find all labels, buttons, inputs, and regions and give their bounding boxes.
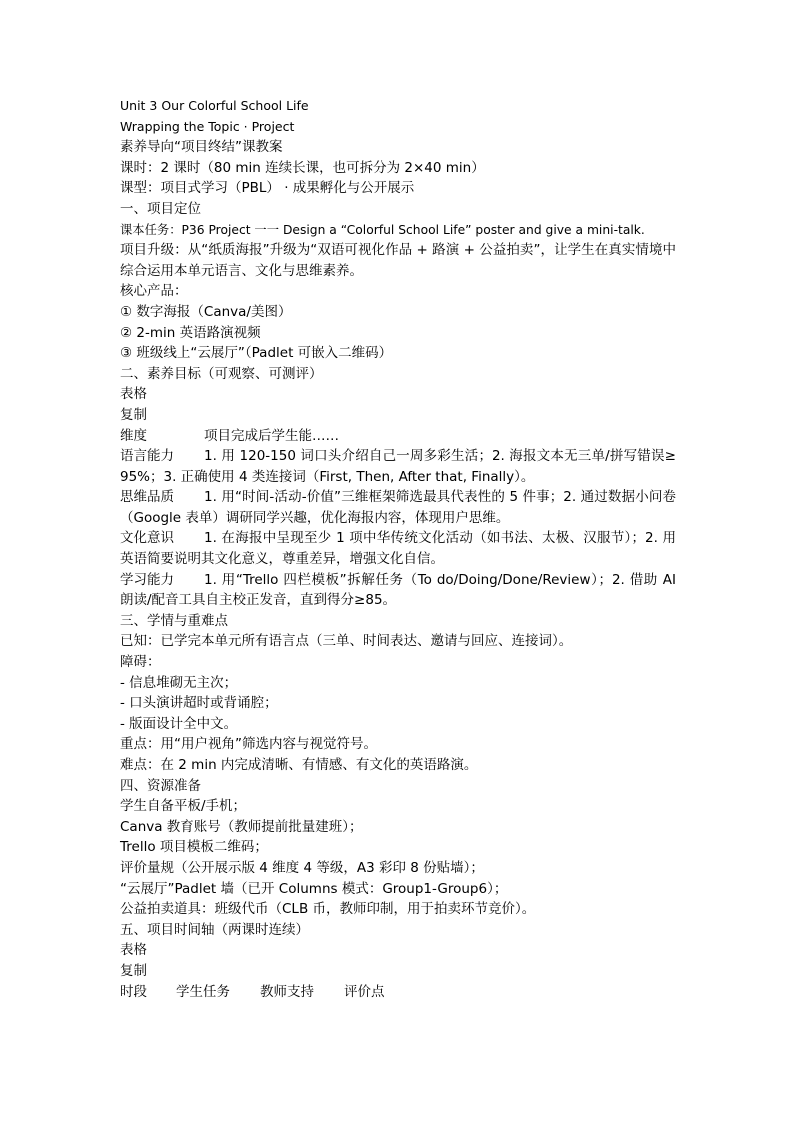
row-dimension: 学习能力 — [120, 570, 204, 591]
product-item: ③ 班级线上“云展厅”（Padlet 可嵌入二维码） — [120, 343, 676, 364]
header-period: 时段 — [120, 982, 176, 1003]
row-text: 1. 用“时间-活动-价值”三维框架筛选最具代表性的 5 件事；2. 通过数据小… — [120, 489, 676, 526]
obstacle-item: - 信息堆砌无主次； — [120, 673, 676, 694]
difficult-point: 难点：在 2 min 内完成清晰、有情感、有文化的英语路演。 — [120, 755, 676, 776]
header-outcome: 项目完成后学生能…… — [204, 428, 339, 444]
table-label: 表格 — [120, 940, 676, 961]
row-text: 1. 用 120-150 词口头介绍自己一周多彩生活；2. 海报文本无三单/拼写… — [120, 448, 676, 485]
resource-item: 评价量规（公开展示版 4 维度 4 等级，A3 彩印 8 份贴墙）； — [120, 858, 676, 879]
table-row: 学习能力1. 用“Trello 四栏模板”拆解任务（To do/Doing/Do… — [120, 570, 676, 611]
row-text: 1. 用“Trello 四栏模板”拆解任务（To do/Doing/Done/R… — [120, 572, 676, 609]
resource-item: 学生自备平板/手机； — [120, 796, 676, 817]
header-student-task: 学生任务 — [176, 982, 260, 1003]
row-text: 1. 在海报中呈现至少 1 项中华传统文化活动（如书法、太极、汉服节）；2. 用… — [120, 530, 676, 567]
row-dimension: 思维品质 — [120, 487, 204, 508]
section4-heading: 四、资源准备 — [120, 776, 676, 797]
obstacle-item: - 版面设计全中文。 — [120, 714, 676, 735]
copy-button[interactable]: 复制 — [120, 961, 676, 982]
table-row: 语言能力1. 用 120-150 词口头介绍自己一周多彩生活；2. 海报文本无三… — [120, 446, 676, 487]
copy-button[interactable]: 复制 — [120, 405, 676, 426]
timeline-table-header: 时段学生任务教师支持评价点 — [120, 982, 676, 1003]
key-point: 重点：用“用户视角”筛选内容与视觉符号。 — [120, 734, 676, 755]
product-item: ② 2-min 英语路演视频 — [120, 323, 676, 344]
resource-item: Canva 教育账号（教师提前批量建班）； — [120, 817, 676, 838]
header-assessment: 评价点 — [344, 984, 385, 1000]
header-teacher-support: 教师支持 — [260, 982, 344, 1003]
resource-item: “云展厅”Padlet 墙（已开 Columns 模式：Group1-Group… — [120, 879, 676, 900]
resource-item: Trello 项目模板二维码； — [120, 837, 676, 858]
section3-heading: 三、学情与重难点 — [120, 611, 676, 632]
table-row: 文化意识1. 在海报中呈现至少 1 项中华传统文化活动（如书法、太极、汉服节）；… — [120, 528, 676, 569]
known-info: 已知：已学完本单元所有语言点（三单、时间表达、邀请与回应、连接词）。 — [120, 631, 676, 652]
document-page: Unit 3 Our Colorful School Life Wrapping… — [120, 96, 676, 1002]
lesson-hours: 课时：2 课时（80 min 连续长课，也可拆分为 2×40 min） — [120, 158, 676, 179]
table-label: 表格 — [120, 384, 676, 405]
row-dimension: 文化意识 — [120, 528, 204, 549]
section1-heading: 一、项目定位 — [120, 199, 676, 220]
section2-heading: 二、素养目标（可观察、可测评） — [120, 364, 676, 385]
subtitle-en: Wrapping the Topic · Project — [120, 117, 676, 138]
section5-heading: 五、项目时间轴（两课时连续） — [120, 920, 676, 941]
core-products-label: 核心产品： — [120, 281, 676, 302]
resource-item: 公益拍卖道具：班级代币（CLB 币，教师印制，用于拍卖环节竞价）。 — [120, 899, 676, 920]
title-cn: 素养导向“项目终结”课教案 — [120, 137, 676, 158]
obstacles-label: 障碍： — [120, 652, 676, 673]
textbook-task: 课本任务：P36 Project 一一 Design a “Colorful S… — [120, 220, 676, 241]
row-dimension: 语言能力 — [120, 446, 204, 467]
goals-table-header: 维度项目完成后学生能…… — [120, 426, 676, 447]
project-upgrade: 项目升级：从“纸质海报”升级为“双语可视化作品 + 路演 + 公益拍卖”，让学生… — [120, 240, 676, 281]
obstacle-item: - 口头演讲超时或背诵腔； — [120, 693, 676, 714]
title-en: Unit 3 Our Colorful School Life — [120, 96, 676, 117]
table-row: 思维品质1. 用“时间-活动-价值”三维框架筛选最具代表性的 5 件事；2. 通… — [120, 487, 676, 528]
lesson-type: 课型：项目式学习（PBL） · 成果孵化与公开展示 — [120, 178, 676, 199]
header-dimension: 维度 — [120, 426, 204, 447]
product-item: ① 数字海报（Canva/美图） — [120, 302, 676, 323]
